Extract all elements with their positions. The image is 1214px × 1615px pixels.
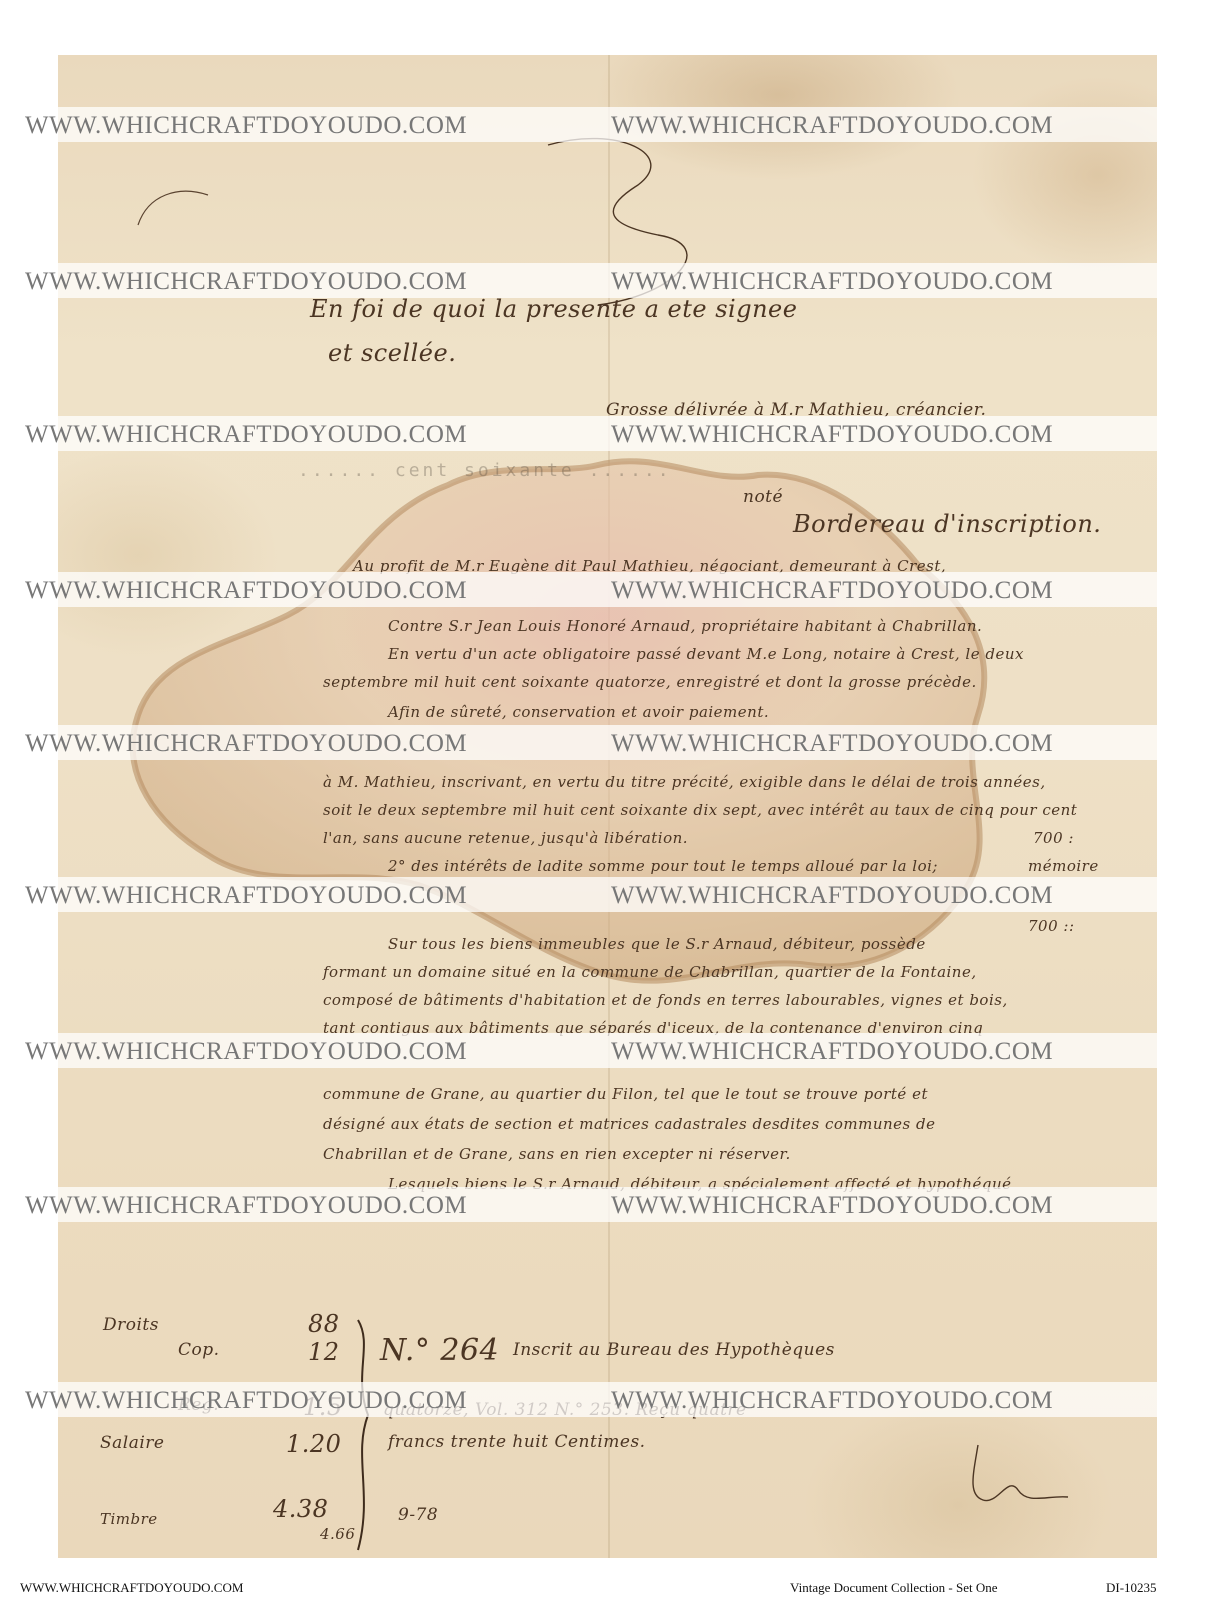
watermark-text: WWW.WHICHCRAFTDOYOUDO.COM [25,416,467,451]
ledger-label: Salaire [100,1433,164,1453]
watermark-text: WWW.WHICHCRAFTDOYOUDO.COM [25,1187,467,1222]
text-line: En foi de quoi la presente a ete signee [310,295,797,323]
watermark-text: WWW.WHICHCRAFTDOYOUDO.COM [611,416,1053,451]
ledger-date: 9-78 [398,1505,438,1525]
watermark-text: WWW.WHICHCRAFTDOYOUDO.COM [25,572,467,607]
watermark-band: WWW.WHICHCRAFTDOYOUDO.COM WWW.WHICHCRAFT… [58,263,1157,298]
ghost-print-text: ...... cent soixante ...... [298,460,672,481]
watermark-band: WWW.WHICHCRAFTDOYOUDO.COM WWW.WHICHCRAFT… [58,107,1157,142]
ledger-label: Droits [103,1315,159,1335]
ledger-subtotal: 4.66 [320,1525,355,1543]
watermark-text: WWW.WHICHCRAFTDOYOUDO.COM [611,107,1053,142]
text-line: Chabrillan et de Grane, sans en rien exc… [323,1145,791,1163]
watermark-band: WWW.WHICHCRAFTDOYOUDO.COM WWW.WHICHCRAFT… [58,572,1157,607]
watermark-band: WWW.WHICHCRAFTDOYOUDO.COM WWW.WHICHCRAFT… [58,877,1157,912]
watermark-text: WWW.WHICHCRAFTDOYOUDO.COM [611,1187,1053,1222]
watermark-text: WWW.WHICHCRAFTDOYOUDO.COM [611,1382,1053,1417]
footer-item-code: DI-10235 [1106,1580,1157,1596]
footer-collection-title: Vintage Document Collection - Set One [790,1580,998,1596]
section-heading: Bordereau d'inscription. [793,510,1101,538]
text-line: Contre S.r Jean Louis Honoré Arnaud, pro… [388,617,982,635]
watermark-band: WWW.WHICHCRAFTDOYOUDO.COM WWW.WHICHCRAFT… [58,416,1157,451]
amount-note: mémoire [1028,857,1099,875]
watermark-text: WWW.WHICHCRAFTDOYOUDO.COM [25,107,467,142]
ledger-amount: 1.20 [286,1430,341,1458]
watermark-text: WWW.WHICHCRAFTDOYOUDO.COM [25,1382,467,1417]
text-line: En vertu d'un acte obligatoire passé dev… [388,645,1024,663]
ledger-amount: 4.38 [273,1495,328,1523]
text-line: désigné aux états de section et matrices… [323,1115,935,1133]
text-line: soit le deux septembre mil huit cent soi… [323,801,1077,819]
watermark-band: WWW.WHICHCRAFTDOYOUDO.COM WWW.WHICHCRAFT… [58,1382,1157,1417]
watermark-band: WWW.WHICHCRAFTDOYOUDO.COM WWW.WHICHCRAFT… [58,1033,1157,1068]
footer-site-link: WWW.WHICHCRAFTDOYOUDO.COM [20,1580,243,1596]
text-line: formant un domaine situé en la commune d… [323,963,977,981]
text-line: 2° des intérêts de ladite somme pour tou… [388,857,938,875]
watermark-text: WWW.WHICHCRAFTDOYOUDO.COM [611,572,1053,607]
watermark-text: WWW.WHICHCRAFTDOYOUDO.COM [25,725,467,760]
receipt-text: francs trente huit Centimes. [388,1432,646,1452]
receipt-text: Inscrit au Bureau des Hypothèques [513,1340,835,1360]
watermark-text: WWW.WHICHCRAFTDOYOUDO.COM [611,877,1053,912]
note-mark: noté [743,487,783,507]
text-line: septembre mil huit cent soixante quatorz… [323,673,977,691]
text-line: et scellée. [328,339,456,367]
watermark-band: WWW.WHICHCRAFTDOYOUDO.COM WWW.WHICHCRAFT… [58,1187,1157,1222]
watermark-text: WWW.WHICHCRAFTDOYOUDO.COM [611,1033,1053,1068]
watermark-text: WWW.WHICHCRAFTDOYOUDO.COM [611,725,1053,760]
amount-principal: 700 : [1033,829,1074,847]
watermark-band: WWW.WHICHCRAFTDOYOUDO.COM WWW.WHICHCRAFT… [58,725,1157,760]
ledger-amount: 12 [308,1338,340,1366]
watermark-text: WWW.WHICHCRAFTDOYOUDO.COM [25,1033,467,1068]
ledger-label: Timbre [100,1510,158,1528]
amount-third: 700 :: [1028,917,1075,935]
ledger-label: Cop. [178,1340,220,1360]
watermark-text: WWW.WHICHCRAFTDOYOUDO.COM [25,263,467,298]
text-line: l'an, sans aucune retenue, jusqu'à libér… [323,829,688,847]
ledger-amount: 88 [308,1310,340,1338]
signature [958,1435,1098,1515]
text-line: à M. Mathieu, inscrivant, en vertu du ti… [323,773,1046,791]
receipt-entry-number: N.° 264 [380,1333,499,1368]
text-line: Sur tous les biens immeubles que le S.r … [388,935,926,953]
watermark-text: WWW.WHICHCRAFTDOYOUDO.COM [611,263,1053,298]
text-line: composé de bâtiments d'habitation et de … [323,991,1008,1009]
text-line: commune de Grane, au quartier du Filon, … [323,1085,928,1103]
text-line: Afin de sûreté, conservation et avoir pa… [388,703,769,721]
watermark-text: WWW.WHICHCRAFTDOYOUDO.COM [25,877,467,912]
